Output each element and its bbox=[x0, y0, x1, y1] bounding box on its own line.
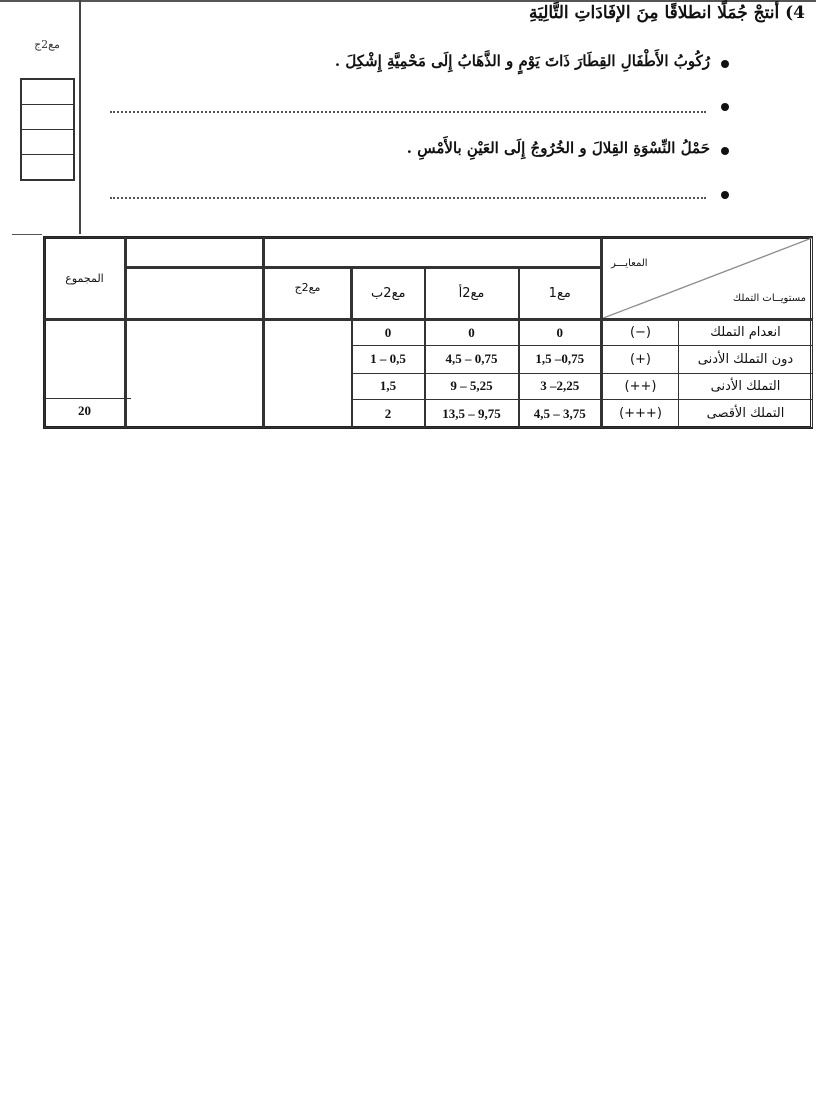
criteria-label: المعايـــر bbox=[611, 258, 648, 269]
cell-mc2b-1: 1 – 0,5 bbox=[352, 345, 425, 373]
bullet-icon bbox=[721, 60, 729, 68]
cell-mc2b-3: 2 bbox=[352, 400, 425, 428]
header-blank-c bbox=[126, 267, 264, 319]
cell-symbol-1: (+) bbox=[602, 345, 679, 373]
bullet-icon bbox=[721, 147, 729, 155]
header-mc2b: مع2ب bbox=[352, 267, 425, 319]
total-max: 20 bbox=[78, 403, 91, 418]
cell-mc1-1: 1,5 –0,75 bbox=[519, 345, 602, 373]
top-border bbox=[0, 0, 816, 2]
cell-symbol-3: (+++) bbox=[602, 400, 679, 428]
score-cell[interactable] bbox=[22, 130, 73, 155]
header-blank-b bbox=[264, 238, 602, 268]
score-cell[interactable] bbox=[22, 155, 73, 179]
cell-mc2a-2: 9 – 5,25 bbox=[425, 373, 519, 400]
grading-table: المجموع المعايـــر مستويــات التملك مع2ج… bbox=[44, 237, 813, 428]
levels-label: مستويــات التملك bbox=[733, 293, 806, 304]
score-cell[interactable] bbox=[22, 80, 73, 105]
header-mc2a: مع2أ bbox=[425, 267, 519, 319]
cell-mc2a-1: 4,5 – 0,75 bbox=[425, 345, 519, 373]
total-cell: 20 bbox=[45, 320, 126, 428]
header-total: المجموع bbox=[45, 238, 126, 320]
cell-mc1-2: 3 –2,25 bbox=[519, 373, 602, 400]
side-criterion-label: مع2ج bbox=[22, 38, 72, 51]
side-score-box bbox=[20, 78, 75, 181]
cell-symbol-2: (++) bbox=[602, 373, 679, 400]
cell-mc1-3: 4,5 – 3,75 bbox=[519, 400, 602, 428]
prompt-text-2: حَمْلُ النِّسْوَةِ القِلالَ و الخُرُوجُ … bbox=[407, 139, 710, 157]
answer-line-1[interactable] bbox=[110, 111, 706, 113]
cell-mc2a-0: 0 bbox=[425, 320, 519, 346]
blank-col-cell bbox=[126, 320, 264, 428]
bullet-icon bbox=[721, 103, 729, 111]
score-cell[interactable] bbox=[22, 105, 73, 130]
cell-symbol-0: (−) bbox=[602, 320, 679, 346]
cell-mc2b-2: 1,5 bbox=[352, 373, 425, 400]
total-divider bbox=[45, 398, 131, 399]
exercise-title: 4) أنتجْ جُمَلًا انطلاقًا مِنَ الإفَادَا… bbox=[529, 3, 805, 23]
cell-level-1: دون التملك الأدنى bbox=[679, 345, 813, 373]
prompt-text-1: رُكُوبُ الأَطْفَالِ القِطَارَ ذَاتَ يَوْ… bbox=[335, 52, 710, 70]
cell-mc2b-0: 0 bbox=[352, 320, 425, 346]
bullet-icon bbox=[721, 191, 729, 199]
answer-line-2[interactable] bbox=[110, 197, 706, 199]
margin-divider bbox=[79, 0, 81, 234]
diagonal-line bbox=[603, 238, 812, 318]
margin-tick bbox=[12, 234, 42, 235]
header-blank-a bbox=[126, 238, 264, 268]
cell-mc1-0: 0 bbox=[519, 320, 602, 346]
cell-level-2: التملك الأدنى bbox=[679, 373, 813, 400]
header-mc2j: مع2ج bbox=[264, 267, 352, 319]
header-mc1: مع1 bbox=[519, 267, 602, 319]
mc2j-cell bbox=[264, 320, 352, 428]
cell-mc2a-3: 13,5 – 9,75 bbox=[425, 400, 519, 428]
cell-level-0: انعدام التملك bbox=[679, 320, 813, 346]
header-corner: المعايـــر مستويــات التملك bbox=[602, 238, 813, 320]
cell-level-3: التملك الأقصى bbox=[679, 400, 813, 428]
